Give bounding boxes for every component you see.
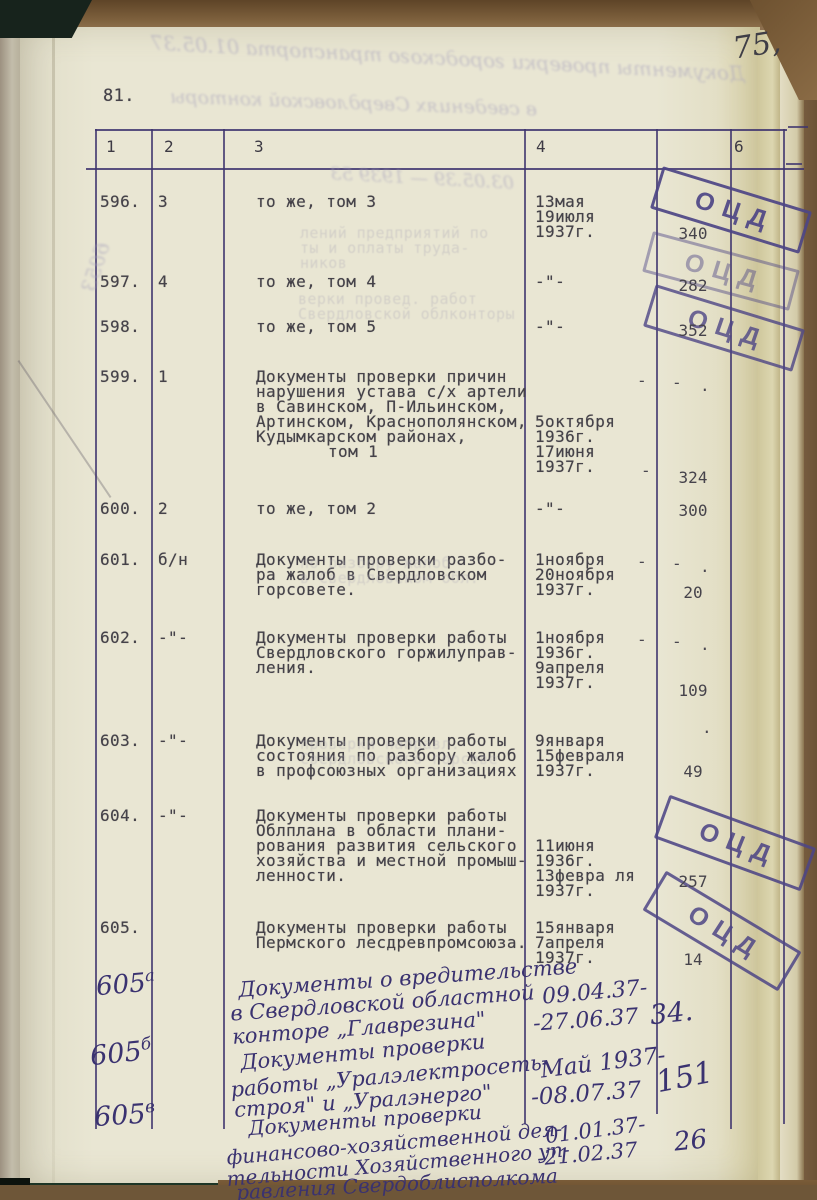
ditto-mark: .: [700, 376, 710, 395]
row-number: 598.: [100, 317, 140, 336]
margin-tick: [786, 163, 802, 165]
typed-page-number: 81.: [103, 86, 135, 106]
sheet-count: 257: [656, 872, 730, 891]
row-number: 603.: [100, 731, 140, 750]
row-number-handwritten: 605а: [95, 965, 157, 1002]
ditto-mark: -: [637, 630, 647, 649]
date-line: 1937г.: [535, 457, 595, 476]
ditto-mark: .: [702, 718, 712, 737]
row-number-base: 605: [93, 1099, 147, 1134]
row-number: 602.: [100, 628, 140, 647]
column-header: 1: [106, 137, 116, 156]
scanned-archive-page: 75, 81. 1 2 3 4 6 ОЦД ОЦД ОЦД ОЦД ОЦД 59…: [0, 0, 817, 1200]
title-line: то же, том 3: [256, 192, 376, 211]
volume-cell: -"-: [158, 628, 188, 647]
row-number-superscript: б: [140, 1033, 152, 1054]
date-line: 1937г.: [535, 580, 595, 599]
sheet-count: 14: [656, 950, 730, 969]
column-header: 6: [734, 137, 744, 156]
row-number: 605.: [100, 918, 140, 937]
row-number-superscript: в: [144, 1096, 155, 1117]
row-number: 596.: [100, 192, 140, 211]
ditto-mark: -: [672, 373, 682, 392]
folio-number: 75,: [731, 24, 784, 66]
row-number: 599.: [100, 367, 140, 386]
paper-crease: [52, 30, 55, 1186]
date-line: 1937г.: [535, 881, 595, 900]
sheet-count: 20: [656, 583, 730, 602]
date-line: 1937г.: [535, 222, 595, 241]
volume-cell: -"-: [158, 806, 188, 825]
sheet-count: 352: [656, 321, 730, 340]
ditto-mark: -: [672, 632, 682, 651]
table-line-top: [95, 129, 787, 131]
ditto-mark: .: [700, 557, 710, 576]
sheet-count: 282: [656, 276, 730, 295]
row-number: 601.: [100, 550, 140, 569]
bleedthrough-typed-block: лений предприятий по ты и оплаты труда- …: [300, 226, 489, 271]
ditto-mark: -: [637, 552, 647, 571]
sheet-count: 340: [656, 224, 730, 243]
row-number-base: 605: [95, 968, 147, 1002]
title-line: то же, том 2: [256, 499, 376, 518]
ditto-mark: -: [641, 461, 651, 480]
bleedthrough-typed-block: по разбору жалоб в Свердловском обл.: [300, 556, 479, 586]
date-line: 1937г.: [535, 673, 595, 692]
column-header: 4: [536, 137, 546, 156]
bleedthrough-typed-block: верки провед. работ Свердловской облконт…: [298, 292, 515, 322]
ditto-mark: -: [672, 554, 682, 573]
sheet-count-handwritten: 34.: [648, 996, 694, 1031]
row-number: 597.: [100, 272, 140, 291]
margin-tick: [788, 126, 808, 128]
date-line: -"-: [535, 499, 565, 518]
title-line: ленности.: [256, 866, 346, 885]
date-line: 1937г.: [535, 761, 595, 780]
volume-cell: -"-: [158, 731, 188, 750]
volume-cell: 4: [158, 272, 168, 291]
column-header: 3: [254, 137, 264, 156]
volume-cell: 1: [158, 367, 168, 386]
title-line: том 1: [328, 442, 378, 461]
sheet-count: 300: [656, 501, 730, 520]
date-line: -"-: [535, 317, 565, 336]
date-line: -"-: [535, 272, 565, 291]
volume-cell: 2: [158, 499, 168, 518]
table-rule-col2: [223, 129, 225, 1129]
adjacent-page-edge: [0, 0, 22, 1200]
column-header: 2: [164, 137, 174, 156]
volume-cell: б/н: [158, 550, 188, 569]
row-number: 600.: [100, 499, 140, 518]
sheet-count: 324: [656, 468, 730, 487]
row-number: 604.: [100, 806, 140, 825]
title-line: Пермского лесдревпромсоюза.: [256, 933, 527, 952]
row-number-base: 605: [89, 1036, 144, 1072]
row-number-superscript: а: [144, 965, 155, 985]
ditto-mark: -: [637, 371, 647, 390]
backing-board-top: [0, 0, 817, 27]
ditto-mark: .: [700, 635, 710, 654]
row-number-handwritten: 605б: [88, 1033, 153, 1072]
sheet-count-handwritten: 26: [673, 1124, 709, 1157]
volume-cell: 3: [158, 192, 168, 211]
sheet-count: 49: [656, 762, 730, 781]
title-line: ления.: [256, 658, 316, 677]
title-line: то же, том 4: [256, 272, 376, 291]
bleedthrough-typed-block: проверки направл. Свердловского горсове: [300, 737, 498, 767]
sheet-count: 109: [656, 681, 730, 700]
row-number-handwritten: 605в: [93, 1096, 156, 1133]
